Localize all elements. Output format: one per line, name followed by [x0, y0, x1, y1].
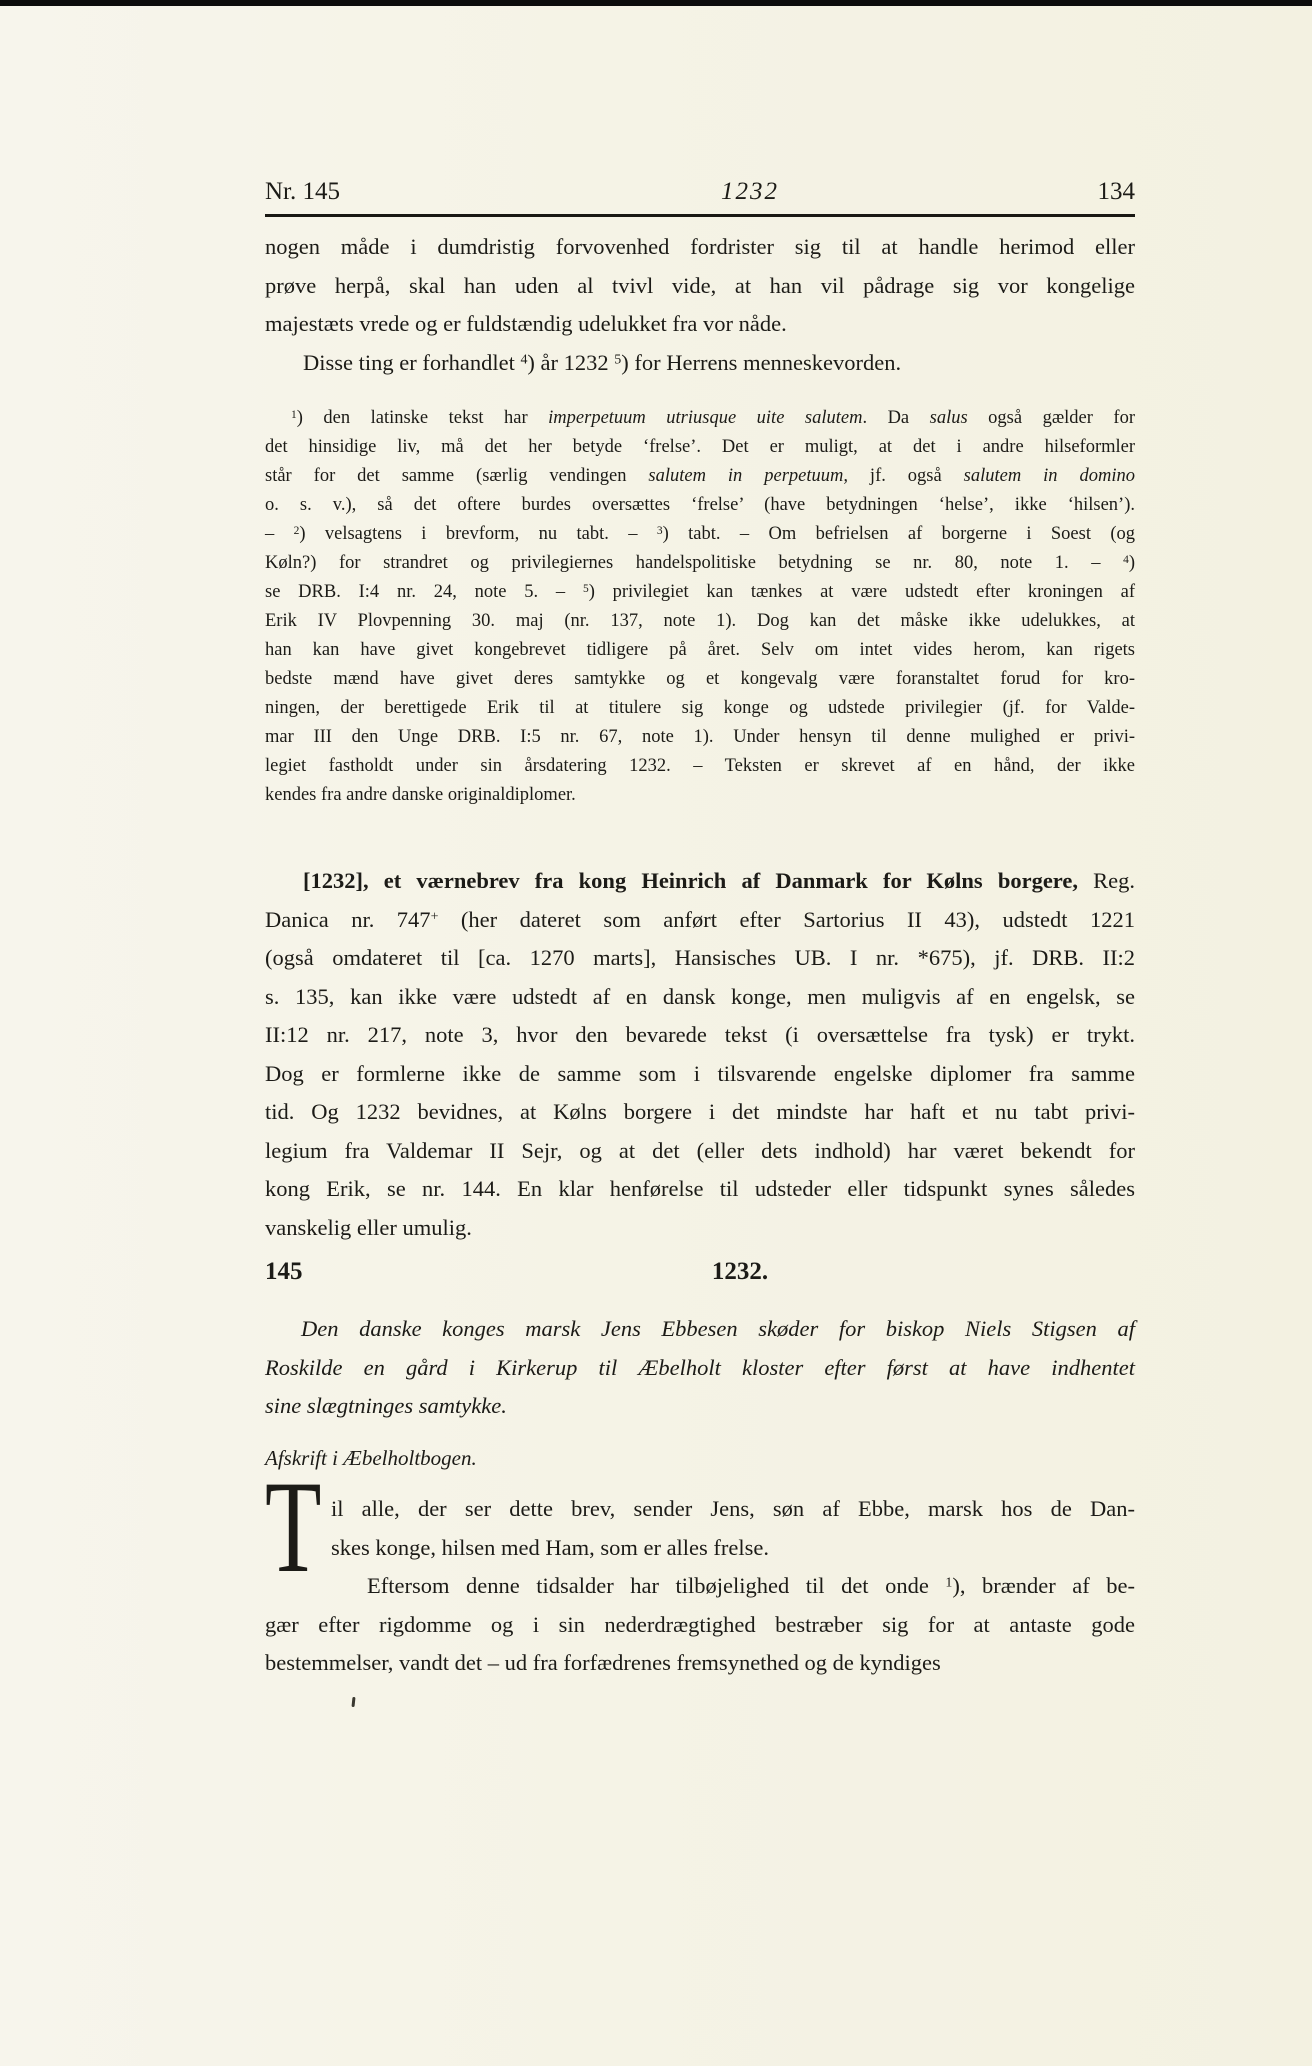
text-line: s. 135, kan ikke være udstedt af en dans…	[265, 978, 1135, 1017]
section-heading: 145 1232.	[265, 1258, 1135, 1298]
text-line: nogen måde i dumdristig forvovenhed ford…	[265, 228, 1135, 267]
text-line: Eftersom denne tidsalder har tilbøjeligh…	[265, 1567, 1135, 1606]
section-number: 145	[265, 1258, 303, 1286]
letter-text: T il alle, der ser dette brev, sender Je…	[265, 1490, 1135, 1683]
text-line: Disse ting er forhandlet 4) år 1232 5) f…	[265, 344, 1135, 383]
header-page-number: 134	[1098, 178, 1136, 206]
text-line: kong Erik, se nr. 144. En klar henførels…	[265, 1170, 1135, 1209]
text-line: vanskelig eller umulig.	[265, 1209, 1135, 1248]
text-line: (også omdateret til [ca. 1270 marts], Ha…	[265, 939, 1135, 978]
header-rule	[265, 214, 1135, 217]
text-line: – 2) velsagtens i brevform, nu tabt. – 3…	[265, 520, 1135, 549]
regest-paragraph-1232: [1232], et værnebrev fra kong Heinrich a…	[265, 862, 1135, 1247]
scan-edge-bar	[0, 0, 1312, 6]
text-line: Køln?) for strandret og privilegiernes h…	[265, 549, 1135, 578]
text-line: prøve herpå, skal han uden al tvivl vide…	[265, 267, 1135, 306]
text-line: står for det samme (særlig vendingen sal…	[265, 462, 1135, 491]
text-line: sine slægtninges samtykke.	[265, 1387, 1135, 1426]
header-number: Nr. 145	[265, 178, 340, 206]
text-line: han kan have givet kongebrevet tidligere…	[265, 636, 1135, 665]
source-note: Afskrift i Æbelholtbogen.	[265, 1446, 1135, 1471]
text-line: det hinsidige liv, må det her betyde ‘fr…	[265, 433, 1135, 462]
section-year: 1232.	[712, 1258, 768, 1286]
text-line: Den danske konges marsk Jens Ebbesen skø…	[265, 1310, 1135, 1349]
text-line: bestemmelser, vandt det – ud fra forfædr…	[265, 1644, 1135, 1683]
ink-speck	[351, 1697, 355, 1707]
text-line: legium fra Valdemar II Sejr, og at det (…	[265, 1132, 1135, 1171]
text-line: o. s. v.), så det oftere burdes oversætt…	[265, 491, 1135, 520]
text-line: kendes fra andre danske originaldiplomer…	[265, 781, 1135, 810]
running-header: Nr. 145 1232 134	[265, 178, 1135, 212]
footnotes-block: 1) den latinske tekst har imperpetuum ut…	[265, 404, 1135, 810]
text-line: Roskilde en gård i Kirkerup til Æbelholt…	[265, 1349, 1135, 1388]
text-line: tid. Og 1232 bevidnes, at Kølns borgere …	[265, 1093, 1135, 1132]
text-line: [1232], et værnebrev fra kong Heinrich a…	[265, 862, 1135, 901]
text-line: ningen, der berettigede Erik til at titu…	[265, 694, 1135, 723]
text-line: II:12 nr. 217, note 3, hvor den bevarede…	[265, 1016, 1135, 1055]
text-line: gær efter rigdomme og i sin nederdrægtig…	[265, 1606, 1135, 1645]
text-line: majestæts vrede og er fuldstændig udeluk…	[265, 305, 1135, 344]
dropcap-T: T	[265, 1490, 331, 1568]
letter-lines: il alle, der ser dette brev, sender Jens…	[265, 1490, 1135, 1683]
text-line: Dog er formlerne ikke de samme som i til…	[265, 1055, 1135, 1094]
summary-italic: Den danske konges marsk Jens Ebbesen skø…	[265, 1310, 1135, 1426]
text-line: bedste mænd have givet deres samtykke og…	[265, 665, 1135, 694]
text-line: 1) den latinske tekst har imperpetuum ut…	[265, 404, 1135, 433]
header-year: 1232	[721, 178, 779, 206]
book-page-scan: Nr. 145 1232 134 nogen måde i dumdristig…	[0, 0, 1312, 2066]
text-line: il alle, der ser dette brev, sender Jens…	[265, 1490, 1135, 1529]
translation-paragraph: nogen måde i dumdristig forvovenhed ford…	[265, 228, 1135, 382]
text-line: skes konge, hilsen med Ham, som er alles…	[265, 1529, 1135, 1568]
text-line: Danica nr. 747+ (her dateret som anført …	[265, 901, 1135, 940]
text-line: se DRB. I:4 nr. 24, note 5. – 5) privile…	[265, 578, 1135, 607]
text-line: Erik IV Plovpenning 30. maj (nr. 137, no…	[265, 607, 1135, 636]
text-line: legiet fastholdt under sin årsdatering 1…	[265, 752, 1135, 781]
text-line: mar III den Unge DRB. I:5 nr. 67, note 1…	[265, 723, 1135, 752]
